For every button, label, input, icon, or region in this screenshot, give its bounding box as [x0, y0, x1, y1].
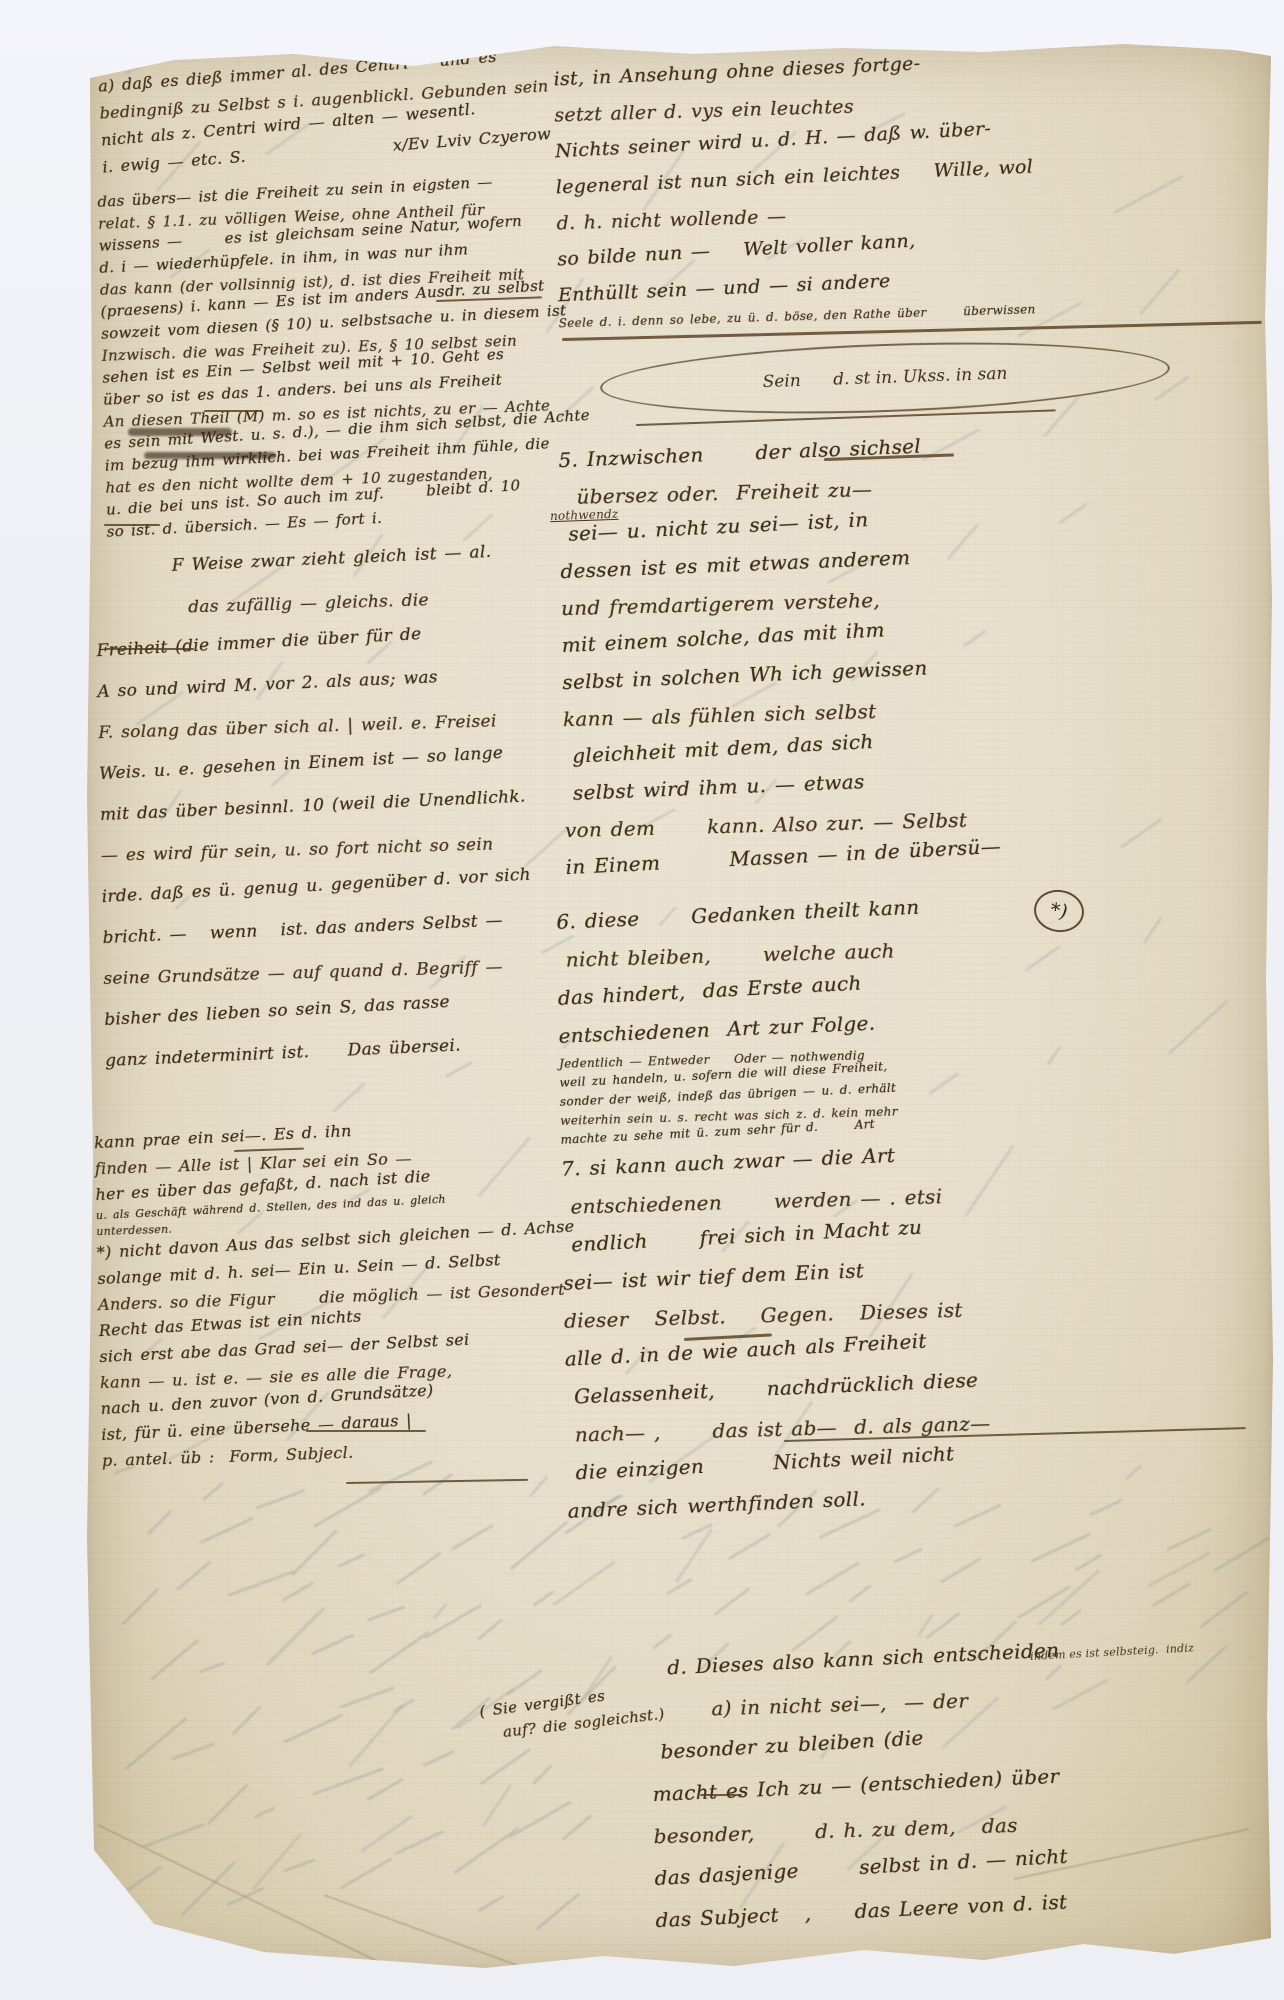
bleedthrough-stroke	[348, 1705, 403, 1768]
bleedthrough-stroke	[255, 1489, 305, 1510]
bleedthrough-stroke	[253, 1806, 275, 1818]
bleedthrough-stroke	[480, 1748, 532, 1785]
bleedthrough-stroke	[1151, 1582, 1191, 1608]
manuscript-page: a) daß es dieß immer al. des Centri — un…	[84, 38, 1274, 1973]
bleedthrough-stroke	[367, 1605, 406, 1622]
left-column-main-block: das übers— ist die Freiheit zu sein in e…	[97, 177, 599, 543]
bleedthrough-stroke	[714, 1587, 751, 1616]
bleedthrough-stroke	[202, 1482, 224, 1501]
ink-blot	[128, 428, 232, 436]
interline-insert: nothwendz	[550, 507, 619, 523]
bleedthrough-stroke	[369, 1630, 431, 1674]
bleedthrough-stroke	[332, 1082, 365, 1112]
bleedthrough-stroke	[510, 1521, 569, 1571]
bleedthrough-stroke	[339, 1686, 395, 1709]
bleedthrough-stroke	[1154, 376, 1189, 402]
bleedthrough-stroke	[124, 1717, 187, 1771]
bleedthrough-stroke	[1030, 1532, 1091, 1563]
bleedthrough-stroke	[121, 1865, 163, 1896]
bleedthrough-stroke	[422, 1750, 455, 1768]
bleedthrough-stroke	[893, 1547, 923, 1563]
right-column-upper-block: ist, in Ansehung ohne dieses fortge-setz…	[553, 47, 1265, 334]
bleedthrough-stroke	[506, 1669, 543, 1696]
scanned-manuscript-screenshot: { "scan": { "background_color": "#eef0f5…	[0, 0, 1284, 2000]
bleedthrough-stroke	[291, 1529, 338, 1576]
underline-stroke	[104, 524, 160, 526]
bleedthrough-stroke	[1147, 1552, 1210, 1588]
bleedthrough-stroke	[1074, 1553, 1102, 1572]
bleedthrough-stroke	[529, 1475, 549, 1497]
bleedthrough-stroke	[150, 1638, 199, 1680]
bleedthrough-stroke	[339, 1857, 392, 1890]
bleedthrough-stroke	[536, 1892, 581, 1930]
ink-blot	[144, 452, 276, 459]
bleedthrough-stroke	[147, 1510, 172, 1535]
bleedthrough-stroke	[477, 1895, 504, 1913]
left-column-middle-block: F Weise zwar zieht gleich ist — al. das …	[94, 539, 601, 1082]
bleedthrough-stroke	[395, 1830, 444, 1855]
bleedthrough-stroke	[176, 1560, 212, 1591]
bleedthrough-stroke	[450, 1524, 493, 1551]
left-column-footnote-block: kann prae ein sei—. Es d. ihnfinden — Al…	[94, 1118, 608, 1474]
bleedthrough-stroke	[728, 1533, 772, 1561]
bleedthrough-stroke	[532, 1764, 553, 1785]
bleedthrough-stroke	[252, 1833, 303, 1891]
underline-stroke	[104, 648, 194, 650]
bleedthrough-stroke	[1213, 1536, 1270, 1572]
left-column-top-note: a) daß es dieß immer al. des Centri — un…	[98, 47, 589, 180]
bleedthrough-stroke	[283, 1858, 316, 1872]
underline-stroke	[700, 1794, 742, 1796]
bleedthrough-stroke	[393, 1698, 415, 1713]
paper-crease	[98, 1824, 401, 1973]
bleedthrough-stroke	[232, 1706, 262, 1736]
bleedthrough-stroke	[282, 1581, 315, 1602]
bleedthrough-stroke	[338, 1553, 366, 1568]
underline-stroke	[204, 410, 262, 412]
bleedthrough-stroke	[940, 1557, 982, 1584]
bleedthrough-stroke	[1038, 1569, 1101, 1626]
bleedthrough-stroke	[366, 1778, 404, 1802]
bleedthrough-stroke	[395, 1551, 442, 1585]
bleedthrough-stroke	[1166, 1528, 1213, 1552]
bleedthrough-stroke	[266, 1607, 325, 1666]
bleedthrough-stroke	[561, 1814, 592, 1841]
bleedthrough-stroke	[361, 1814, 414, 1852]
bleedthrough-stroke	[1060, 1608, 1083, 1626]
circled-annotation: Sein d. st in. Ukss. in san	[599, 334, 1171, 422]
bleedthrough-stroke	[1017, 1586, 1071, 1620]
bleedthrough-stroke	[311, 1633, 355, 1656]
bleedthrough-stroke	[312, 1487, 381, 1529]
bleedthrough-stroke	[228, 1570, 295, 1597]
bleedthrough-stroke	[508, 1800, 572, 1839]
bleedthrough-stroke	[199, 1517, 254, 1545]
bleedthrough-stroke	[171, 1742, 215, 1761]
bleedthrough-stroke	[143, 1823, 204, 1848]
bleedthrough-stroke	[424, 1604, 483, 1640]
bleedthrough-stroke	[283, 1713, 343, 1743]
underline-stroke	[306, 1430, 426, 1432]
bleedthrough-stroke	[552, 1560, 616, 1606]
bleedthrough-stroke	[121, 1587, 159, 1625]
bleedthrough-stroke	[805, 1561, 861, 1596]
right-column-section-5: 5. Inzwischen der also sichsel übersez o…	[558, 430, 1272, 886]
bleedthrough-stroke	[312, 1767, 384, 1796]
bleedthrough-stroke	[666, 1578, 692, 1596]
bleedthrough-stroke	[421, 1473, 453, 1497]
bleedthrough-stroke	[477, 1618, 503, 1641]
bleedthrough-stroke	[198, 1661, 225, 1673]
paper-crease	[324, 1894, 522, 1968]
bleedthrough-stroke	[453, 1827, 519, 1875]
bleedthrough-stroke	[848, 1584, 872, 1603]
bleedthrough-stroke	[482, 1784, 512, 1827]
bleedthrough-stroke	[532, 1590, 554, 1607]
bleedthrough-stroke	[432, 1603, 447, 1620]
bleedthrough-stroke	[675, 1528, 713, 1583]
bleedthrough-stroke	[206, 1783, 248, 1825]
underline-stroke	[346, 1479, 528, 1484]
right-column-section-6: 6. diese Gedanken theilt kann nicht blei…	[556, 889, 1280, 1530]
